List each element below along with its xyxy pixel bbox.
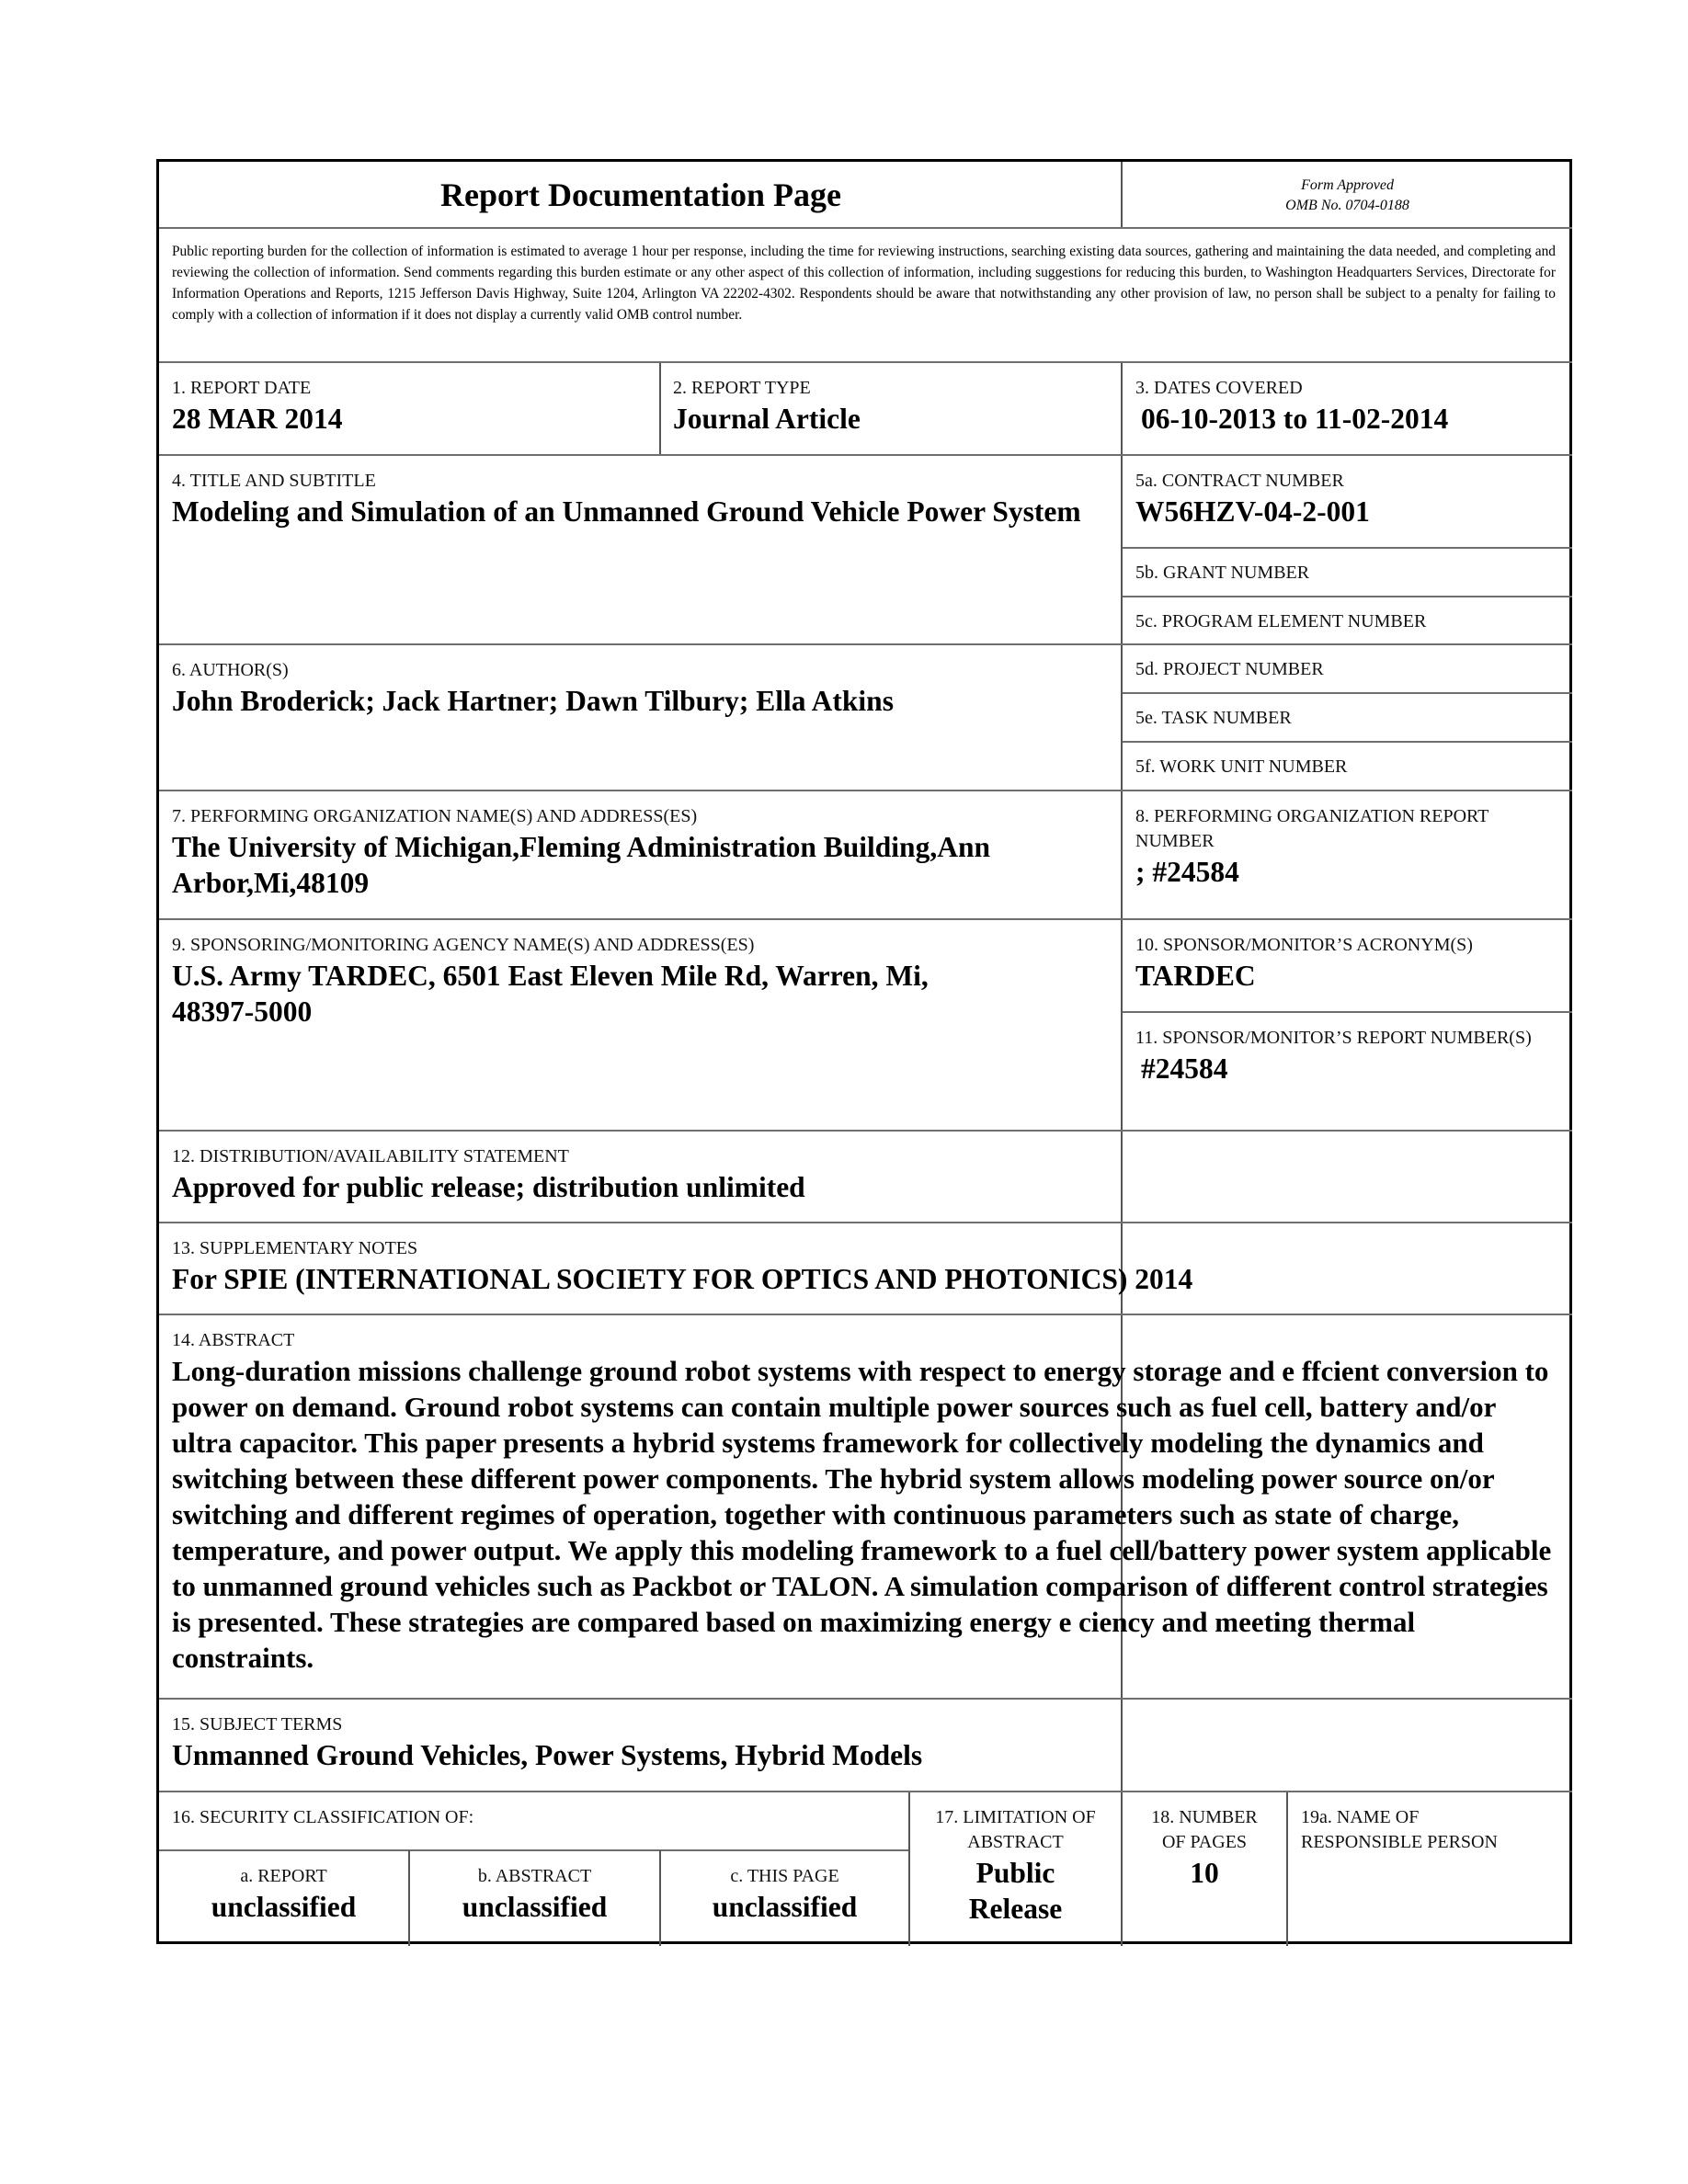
field-dates-covered: 3. DATES COVERED 06-10-2013 to 11-02-201… (1123, 363, 1572, 455)
field-value[interactable]: The University of Michigan,Fleming Admin… (172, 829, 1084, 901)
field-label: 11. SPONSOR/MONITOR’S REPORT NUMBER(S) (1135, 1026, 1535, 1051)
field-label: 5f. WORK UNIT NUMBER (1135, 755, 1572, 779)
field-label: 5a. CONTRACT NUMBER (1135, 469, 1572, 494)
field-contract-number: 5a. CONTRACT NUMBER W56HZV-04-2-001 (1123, 456, 1572, 548)
field-value[interactable]: unclassified (410, 1889, 659, 1925)
field-project-number: 5d. PROJECT NUMBER (1123, 645, 1572, 693)
field-value[interactable]: TARDEC (1135, 958, 1572, 994)
field-label: 5b. GRANT NUMBER (1135, 561, 1572, 586)
burden-statement: Public reporting burden for the collecti… (172, 241, 1556, 325)
field-label: 17. LIMITATION OF ABSTRACT (929, 1805, 1102, 1855)
omb-number: OMB No. 0704-0188 (1123, 196, 1572, 216)
field-value[interactable]: Unmanned Ground Vehicles, Power Systems,… (172, 1737, 1572, 1773)
field-label: 16. SECURITY CLASSIFICATION OF: (172, 1805, 908, 1830)
field-subject-terms: 15. SUBJECT TERMS Unmanned Ground Vehicl… (159, 1700, 1572, 1791)
field-program-element-number: 5c. PROGRAM ELEMENT NUMBER (1123, 597, 1572, 644)
field-value[interactable]: 28 MAR 2014 (172, 401, 660, 437)
field-sponsoring-agency: 9. SPONSORING/MONITORING AGENCY NAME(S) … (159, 920, 1121, 1130)
field-authors: 6. AUTHOR(S) John Broderick; Jack Hartne… (159, 645, 1121, 790)
divider (1121, 162, 1123, 228)
field-label: 9. SPONSORING/MONITORING AGENCY NAME(S) … (172, 933, 1010, 958)
field-label: c. THIS PAGE (661, 1864, 908, 1889)
form-approved-box: Form Approved OMB No. 0704-0188 (1123, 162, 1572, 228)
field-responsible-person: 19a. NAME OF RESPONSIBLE PERSON (1288, 1792, 1572, 1944)
field-label: 15. SUBJECT TERMS (172, 1712, 1572, 1737)
field-value[interactable]: ; #24584 (1135, 854, 1563, 890)
field-label: 2. REPORT TYPE (673, 376, 1121, 401)
field-label: 19a. NAME OF RESPONSIBLE PERSON (1301, 1805, 1535, 1855)
field-performing-organization: 7. PERFORMING ORGANIZATION NAME(S) AND A… (159, 791, 1121, 918)
field-label: 3. DATES COVERED (1135, 376, 1572, 401)
field-value[interactable]: John Broderick; Jack Hartner; Dawn Tilbu… (172, 683, 1121, 719)
field-label: 10. SPONSOR/MONITOR’S ACRONYM(S) (1135, 933, 1572, 958)
field-label: b. ABSTRACT (410, 1864, 659, 1889)
field-value[interactable]: Approved for public release; distributio… (172, 1169, 1572, 1205)
field-label: 13. SUPPLEMENTARY NOTES (172, 1236, 1572, 1261)
field-value[interactable]: #24584 (1135, 1051, 1535, 1086)
field-value[interactable]: Journal Article (673, 401, 1121, 437)
field-security-classification: 16. SECURITY CLASSIFICATION OF: (159, 1792, 908, 1849)
field-value[interactable]: 06-10-2013 to 11-02-2014 (1135, 401, 1572, 437)
field-performing-org-report-number: 8. PERFORMING ORGANIZATION REPORT NUMBER… (1123, 791, 1572, 918)
field-work-unit-number: 5f. WORK UNIT NUMBER (1123, 743, 1572, 790)
field-label: 5d. PROJECT NUMBER (1135, 657, 1572, 682)
field-supplementary-notes: 13. SUPPLEMENTARY NOTES For SPIE (INTERN… (159, 1223, 1572, 1314)
field-value[interactable]: Modeling and Simulation of an Unmanned G… (172, 494, 1084, 529)
field-limitation-of-abstract: 17. LIMITATION OF ABSTRACT Public Releas… (910, 1792, 1121, 1944)
field-classification-report: a. REPORT unclassified (159, 1851, 408, 1944)
field-task-number: 5e. TASK NUMBER (1123, 694, 1572, 742)
field-classification-this-page: c. THIS PAGE unclassified (661, 1851, 908, 1944)
field-label: 5c. PROGRAM ELEMENT NUMBER (1135, 609, 1572, 634)
field-value[interactable]: unclassified (159, 1889, 408, 1925)
field-sponsor-acronym: 10. SPONSOR/MONITOR’S ACRONYM(S) TARDEC (1123, 920, 1572, 1011)
field-value[interactable]: Long-duration missions challenge ground … (172, 1353, 1559, 1676)
field-title: 4. TITLE AND SUBTITLE Modeling and Simul… (159, 456, 1121, 644)
form-approved-text: Form Approved (1123, 176, 1572, 196)
field-distribution-statement: 12. DISTRIBUTION/AVAILABILITY STATEMENT … (159, 1132, 1572, 1222)
field-value[interactable]: 10 (1139, 1855, 1270, 1891)
field-label: 18. NUMBER OF PAGES (1139, 1805, 1270, 1855)
field-value[interactable]: W56HZV-04-2-001 (1135, 494, 1572, 529)
field-value[interactable]: U.S. Army TARDEC, 6501 East Eleven Mile … (172, 958, 1010, 1029)
report-documentation-form: Report Documentation Page Form Approved … (156, 159, 1572, 1944)
field-label: a. REPORT (159, 1864, 408, 1889)
field-value[interactable]: For SPIE (INTERNATIONAL SOCIETY FOR OPTI… (172, 1261, 1572, 1297)
page-title: Report Documentation Page (159, 162, 1123, 228)
field-classification-abstract: b. ABSTRACT unclassified (410, 1851, 659, 1944)
field-number-of-pages: 18. NUMBER OF PAGES 10 (1123, 1792, 1286, 1944)
field-value[interactable]: unclassified (661, 1889, 908, 1925)
field-sponsor-report-number: 11. SPONSOR/MONITOR’S REPORT NUMBER(S) #… (1123, 1013, 1572, 1130)
field-label: 8. PERFORMING ORGANIZATION REPORT NUMBER (1135, 804, 1563, 854)
divider (159, 227, 1572, 229)
field-label: 12. DISTRIBUTION/AVAILABILITY STATEMENT (172, 1144, 1572, 1169)
field-label: 4. TITLE AND SUBTITLE (172, 469, 1084, 494)
field-label: 14. ABSTRACT (172, 1328, 1559, 1353)
field-report-date: 1. REPORT DATE 28 MAR 2014 (159, 363, 660, 455)
field-value[interactable]: Public Release (929, 1855, 1102, 1927)
field-grant-number: 5b. GRANT NUMBER (1123, 549, 1572, 597)
field-abstract: 14. ABSTRACT Long-duration missions chal… (159, 1315, 1572, 1698)
field-label: 6. AUTHOR(S) (172, 658, 1121, 683)
field-label: 7. PERFORMING ORGANIZATION NAME(S) AND A… (172, 804, 1084, 829)
field-report-type: 2. REPORT TYPE Journal Article (660, 363, 1121, 455)
field-label: 1. REPORT DATE (172, 376, 660, 401)
field-label: 5e. TASK NUMBER (1135, 706, 1572, 731)
